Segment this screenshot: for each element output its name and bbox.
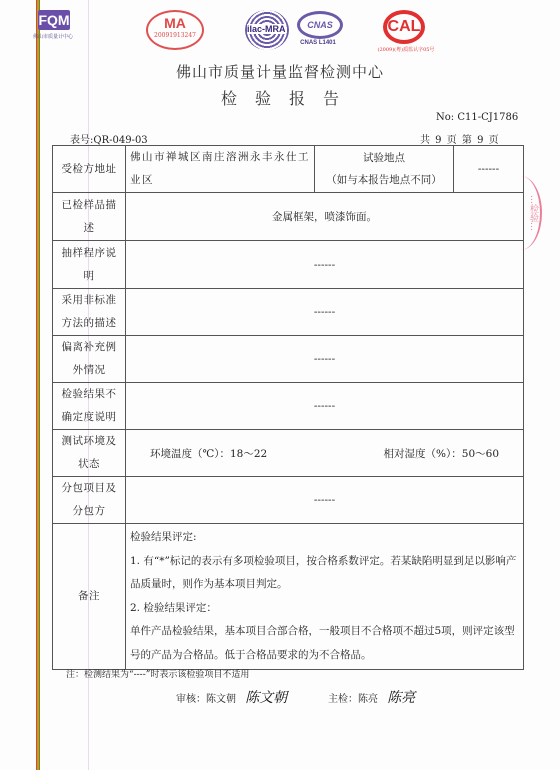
row-label: 偏离补充例外情况 (53, 336, 126, 383)
remark-line: 单件产品检验结果，基本项目合部合格，一般项目不合格项不超过5项，则评定该型号的产… (130, 620, 519, 667)
fqm-logo-subtitle: 佛山市质量计中心 (33, 33, 73, 40)
reviewer-signature-block: 审核：陈文朝 陈文朝 (176, 687, 287, 707)
test-site-label: 试验地点 （如与本报告地点不同） (315, 146, 454, 193)
sample-description: 金属框架，喷漆饰面。 (126, 193, 524, 241)
cma-logo: MA 20091913247 (146, 10, 204, 50)
cal-logo-subtitle: (2009)(粤)质监认字05号 (376, 46, 436, 53)
row-label: 检验结果不确定度说明 (53, 383, 126, 430)
row-label: 抽样程序说明 (53, 241, 126, 289)
table-row: 已检样品描述 金属框架，喷漆饰面。 (53, 193, 524, 241)
row-label: 测试环境及状态 (53, 430, 126, 477)
cma-logo-text: MA (148, 14, 202, 32)
table-row: 分包项目及分包方 ------ (53, 477, 524, 524)
row-label: 分包项目及分包方 (53, 477, 126, 524)
page-info: 共 9 页 第 9 页 (420, 131, 500, 146)
table-row: 抽样程序说明 ------ (53, 241, 524, 289)
row-label: 采用非标准方法的描述 (53, 289, 126, 336)
cma-logo-number: 20091913247 (148, 32, 202, 39)
table-row: 偏离补充例外情况 ------ (53, 336, 524, 383)
form-number: 表号:QR-049-03 (70, 131, 148, 146)
inspector-signature-block: 主检：陈亮 陈亮 (328, 687, 415, 707)
ambient-temperature: 环境温度（℃）：18～22 (150, 446, 267, 461)
footnote: 注：检测结果为“----”时表示该检验项目不适用 (66, 667, 249, 680)
cnas-logo-subtitle: CNAS L1401 (296, 40, 340, 46)
test-site-note: （如与本报告地点不同） (319, 169, 449, 191)
row-label: 受检方地址 (53, 146, 126, 193)
test-site-title: 试验地点 (319, 147, 449, 169)
table-row: 受检方地址 佛山市禅城区南庄溶洲永丰永仕工业区 试验地点 （如与本报告地点不同）… (53, 146, 524, 193)
remarks-content: 检验结果评定: 1. 有“*”标记的表示有多项检验项目，按合格系数评定。若某缺陷… (126, 524, 524, 670)
remark-line: 1. 有“*”标记的表示有多项检验项目，按合格系数评定。若某缺陷明显到足以影响产… (130, 550, 519, 597)
remark-line: 2. 检验结果评定： (130, 597, 519, 621)
remarks-row: 备注 检验结果评定: 1. 有“*”标记的表示有多项检验项目，按合格系数评定。若… (53, 524, 524, 670)
remarks-label: 备注 (53, 524, 126, 670)
organization-title: 佛山市质量计量监督检测中心 (0, 61, 560, 82)
table-row: 采用非标准方法的描述 ------ (53, 289, 524, 336)
document-title: 检验报告 (0, 86, 560, 109)
table-row: 测试环境及状态 环境温度（℃）：18～22 相对湿度（%）：50～60 (53, 430, 524, 477)
row-value: ------ (126, 289, 524, 336)
fqm-logo: FQM (38, 10, 70, 30)
table-row: 检验结果不确定度说明 ------ (53, 383, 524, 430)
ilac-mra-logo: ilac-MRA (245, 10, 289, 50)
reviewer-signature: 陈文朝 (245, 690, 287, 706)
cal-logo: CAL (383, 10, 425, 44)
row-value: ------ (126, 477, 524, 524)
inspector-label: 主检：陈亮 (328, 694, 378, 705)
seal-stamp: …检验… (500, 176, 542, 250)
relative-humidity: 相对湿度（%）：50～60 (384, 446, 499, 461)
report-number: No: C11-CJ1786 (436, 112, 518, 123)
ilac-logo-text: ilac-MRA (247, 24, 286, 34)
row-label: 已检样品描述 (53, 193, 126, 241)
cnas-logo: CNAS (297, 11, 343, 39)
remark-line: 检验结果评定: (130, 526, 519, 550)
inspector-signature: 陈亮 (387, 690, 415, 706)
reviewer-label: 审核：陈文朝 (176, 694, 236, 705)
inspected-party-address: 佛山市禅城区南庄溶洲永丰永仕工业区 (126, 146, 315, 193)
row-value: ------ (126, 336, 524, 383)
binding-strip (36, 0, 40, 770)
report-table: 受检方地址 佛山市禅城区南庄溶洲永丰永仕工业区 试验地点 （如与本报告地点不同）… (52, 145, 524, 670)
row-value: ------ (126, 241, 524, 289)
test-environment: 环境温度（℃）：18～22 相对湿度（%）：50～60 (126, 430, 524, 477)
row-value: ------ (126, 383, 524, 430)
